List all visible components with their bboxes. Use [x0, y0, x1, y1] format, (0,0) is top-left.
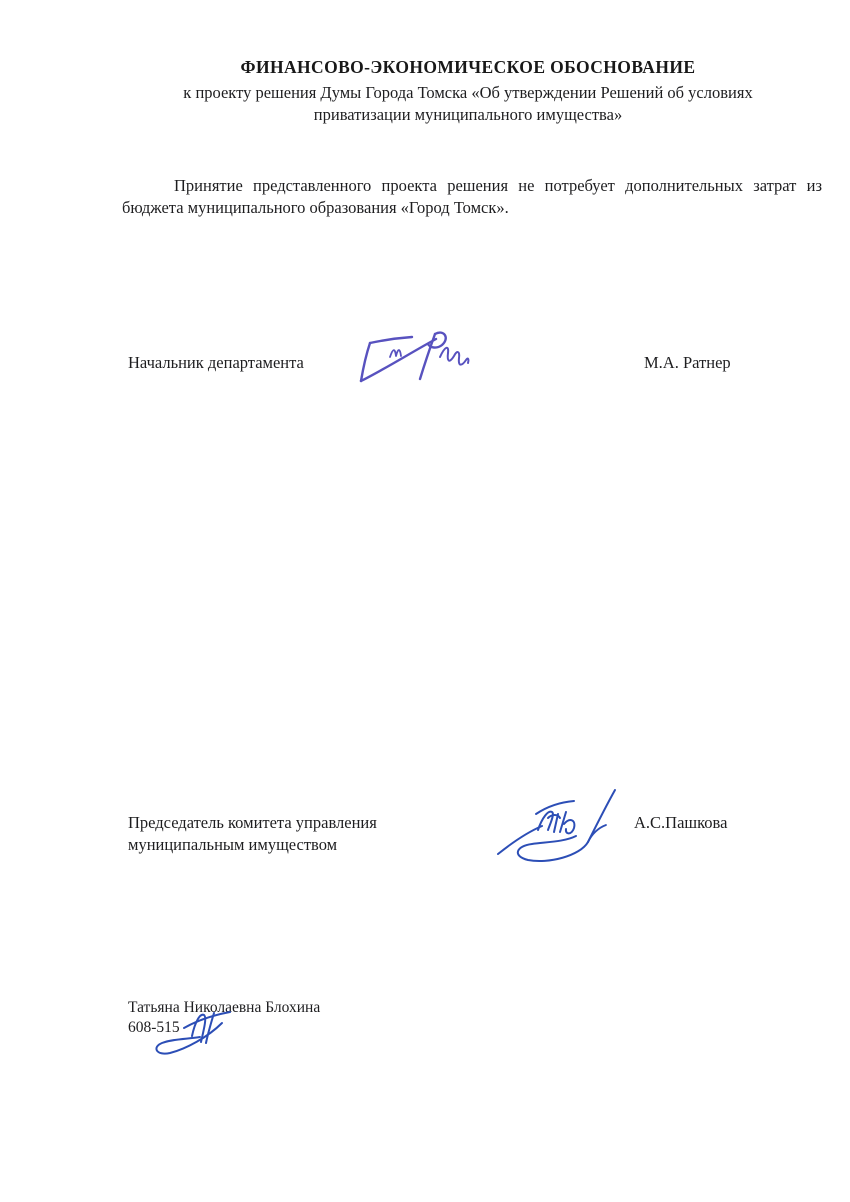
- body-paragraph: Принятие представленного проекта решения…: [122, 175, 822, 218]
- document-subtitle: к проекту решения Думы Города Томска «Об…: [88, 82, 848, 126]
- signatory-1-title: Начальник департамента: [128, 352, 304, 374]
- scanned-document-page: ФИНАНСОВО-ЭКОНОМИЧЕСКОЕ ОБОСНОВАНИЕ к пр…: [0, 0, 850, 1202]
- signatory-1-signature-ink: [350, 326, 472, 390]
- signature-stroke-group: [498, 790, 615, 861]
- document-title: ФИНАНСОВО-ЭКОНОМИЧЕСКОЕ ОБОСНОВАНИЕ: [88, 55, 848, 79]
- subtitle-line-1: к проекту решения Думы Города Томска «Об…: [88, 82, 848, 104]
- signatory-2-title: Председатель комитета управления муницип…: [128, 812, 377, 856]
- signatory-2-title-line-2: муниципальным имуществом: [128, 834, 377, 856]
- signatory-2-title-line-1: Председатель комитета управления: [128, 812, 377, 834]
- document-header: ФИНАНСОВО-ЭКОНОМИЧЕСКОЕ ОБОСНОВАНИЕ к пр…: [88, 55, 848, 126]
- signatory-1-name: М.А. Ратнер: [644, 352, 731, 374]
- signature-stroke-group: [156, 1012, 230, 1054]
- executor-paraph-ink: [148, 1005, 243, 1060]
- signature-stroke-group: [361, 333, 468, 381]
- signatory-2-name: А.С.Пашкова: [634, 812, 727, 834]
- subtitle-line-2: приватизации муниципального имущества»: [88, 104, 848, 126]
- signatory-2-signature-ink: [488, 784, 623, 866]
